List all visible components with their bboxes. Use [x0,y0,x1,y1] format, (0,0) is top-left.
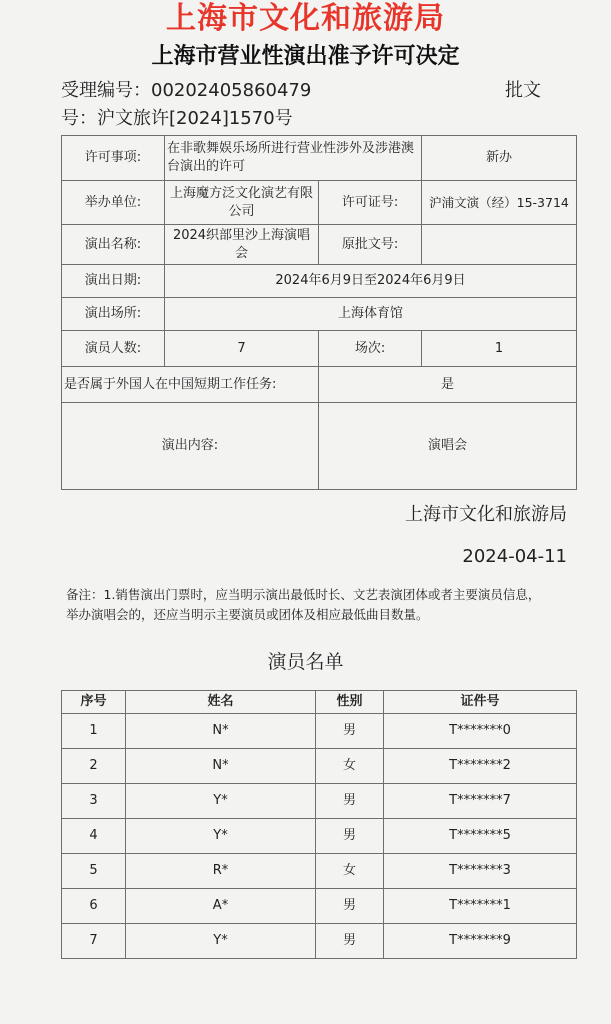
cell-name: N* [126,749,316,784]
cell-no: 2 [62,749,126,784]
permit-row-organizer: 举办单位: 上海魔方泛文化演艺有限公司 许可证号: 沪浦文演（经）15-3714 [62,181,577,225]
permit-row-item: 许可事项: 在非歌舞娱乐场所进行营业性涉外及涉港澳台演出的许可 新办 [62,136,577,181]
foreign-value: 是 [319,367,577,403]
note-line-2: 举办演唱会的，还应当明示主要演员或团体及相应最低曲目数量。 [66,605,429,625]
cell-gender: 男 [316,889,384,924]
approval-value: 沪文旅许[2024]1570号 [97,108,293,129]
cell-id: T*******9 [384,924,577,959]
item-label: 许可事项: [62,136,165,181]
license-value: 沪浦文演（经）15-3714 [422,181,577,225]
cell-gender: 男 [316,924,384,959]
cell-id: T*******2 [384,749,577,784]
approval-label-part1: 批文 [505,78,541,104]
table-row: 7 Y* 男 T*******9 [62,924,577,959]
cell-id: T*******7 [384,784,577,819]
permit-row-foreign: 是否属于外国人在中国短期工作任务: 是 [62,367,577,403]
date-value: 2024年6月9日至2024年6月9日 [165,265,577,298]
approval-number: 号：沪文旅许[2024]1570号 [61,106,293,132]
issuer-signature: 上海市文化和旅游局 [405,503,567,527]
item-type: 新办 [422,136,577,181]
foreign-label: 是否属于外国人在中国短期工作任务: [62,367,319,403]
permit-row-content: 演出内容: 演唱会 [62,403,577,490]
organizer-value: 上海魔方泛文化演艺有限公司 [165,181,319,225]
item-value: 在非歌舞娱乐场所进行营业性涉外及涉港澳台演出的许可 [165,136,422,181]
permit-row-venue: 演出场所: 上海体育馆 [62,298,577,331]
permit-row-performers: 演员人数: 7 场次: 1 [62,331,577,367]
cell-no: 4 [62,819,126,854]
organizer-label: 举办单位: [62,181,165,225]
cell-no: 7 [62,924,126,959]
permit-row-show-name: 演出名称: 2024织部里沙上海演唱会 原批文号: [62,225,577,265]
cell-no: 1 [62,714,126,749]
col-header-gender: 性别 [316,691,384,714]
table-row: 1 N* 男 T*******0 [62,714,577,749]
table-row: 3 Y* 男 T*******7 [62,784,577,819]
roster-table: 序号 姓名 性别 证件号 1 N* 男 T*******0 2 N* 女 T**… [61,690,577,959]
cell-name: R* [126,854,316,889]
cell-gender: 男 [316,784,384,819]
cell-no: 3 [62,784,126,819]
acceptance-number: 受理编号：00202405860479 [61,78,311,104]
orig-approval-label: 原批文号: [319,225,422,265]
cell-gender: 女 [316,854,384,889]
show-name-value: 2024织部里沙上海演唱会 [165,225,319,265]
cell-name: Y* [126,819,316,854]
venue-value: 上海体育馆 [165,298,577,331]
table-row: 6 A* 男 T*******1 [62,889,577,924]
note-line-1: 备注：1.销售演出门票时，应当明示演出最低时长、文艺表演团体或者主要演员信息， [66,585,540,605]
issue-date: 2024-04-11 [462,545,567,569]
permit-table: 许可事项: 在非歌舞娱乐场所进行营业性涉外及涉港澳台演出的许可 新办 举办单位:… [61,135,577,490]
sessions-value: 1 [422,331,577,367]
content-label: 演出内容: [62,403,319,490]
col-header-no: 序号 [62,691,126,714]
approval-label-part2: 号： [61,108,97,129]
sessions-label: 场次: [319,331,422,367]
cell-no: 6 [62,889,126,924]
cell-name: Y* [126,784,316,819]
roster-title: 演员名单 [0,649,611,675]
performers-value: 7 [165,331,319,367]
table-row: 4 Y* 男 T*******5 [62,819,577,854]
orig-approval-value [422,225,577,265]
roster-header-row: 序号 姓名 性别 证件号 [62,691,577,714]
cell-name: A* [126,889,316,924]
cell-id: T*******1 [384,889,577,924]
col-header-id: 证件号 [384,691,577,714]
cell-name: N* [126,714,316,749]
show-name-label: 演出名称: [62,225,165,265]
table-row: 2 N* 女 T*******2 [62,749,577,784]
acceptance-label: 受理编号： [61,80,151,101]
cell-id: T*******0 [384,714,577,749]
venue-label: 演出场所: [62,298,165,331]
acceptance-value: 00202405860479 [151,80,311,101]
cell-id: T*******5 [384,819,577,854]
document-title: 上海市营业性演出准予许可决定 [0,42,611,72]
cell-gender: 男 [316,714,384,749]
table-row: 5 R* 女 T*******3 [62,854,577,889]
cell-id: T*******3 [384,854,577,889]
cell-gender: 男 [316,819,384,854]
col-header-name: 姓名 [126,691,316,714]
agency-heading: 上海市文化和旅游局 [0,0,611,38]
cell-name: Y* [126,924,316,959]
license-label: 许可证号: [319,181,422,225]
performers-label: 演员人数: [62,331,165,367]
date-label: 演出日期: [62,265,165,298]
content-value: 演唱会 [319,403,577,490]
cell-gender: 女 [316,749,384,784]
cell-no: 5 [62,854,126,889]
permit-row-date: 演出日期: 2024年6月9日至2024年6月9日 [62,265,577,298]
